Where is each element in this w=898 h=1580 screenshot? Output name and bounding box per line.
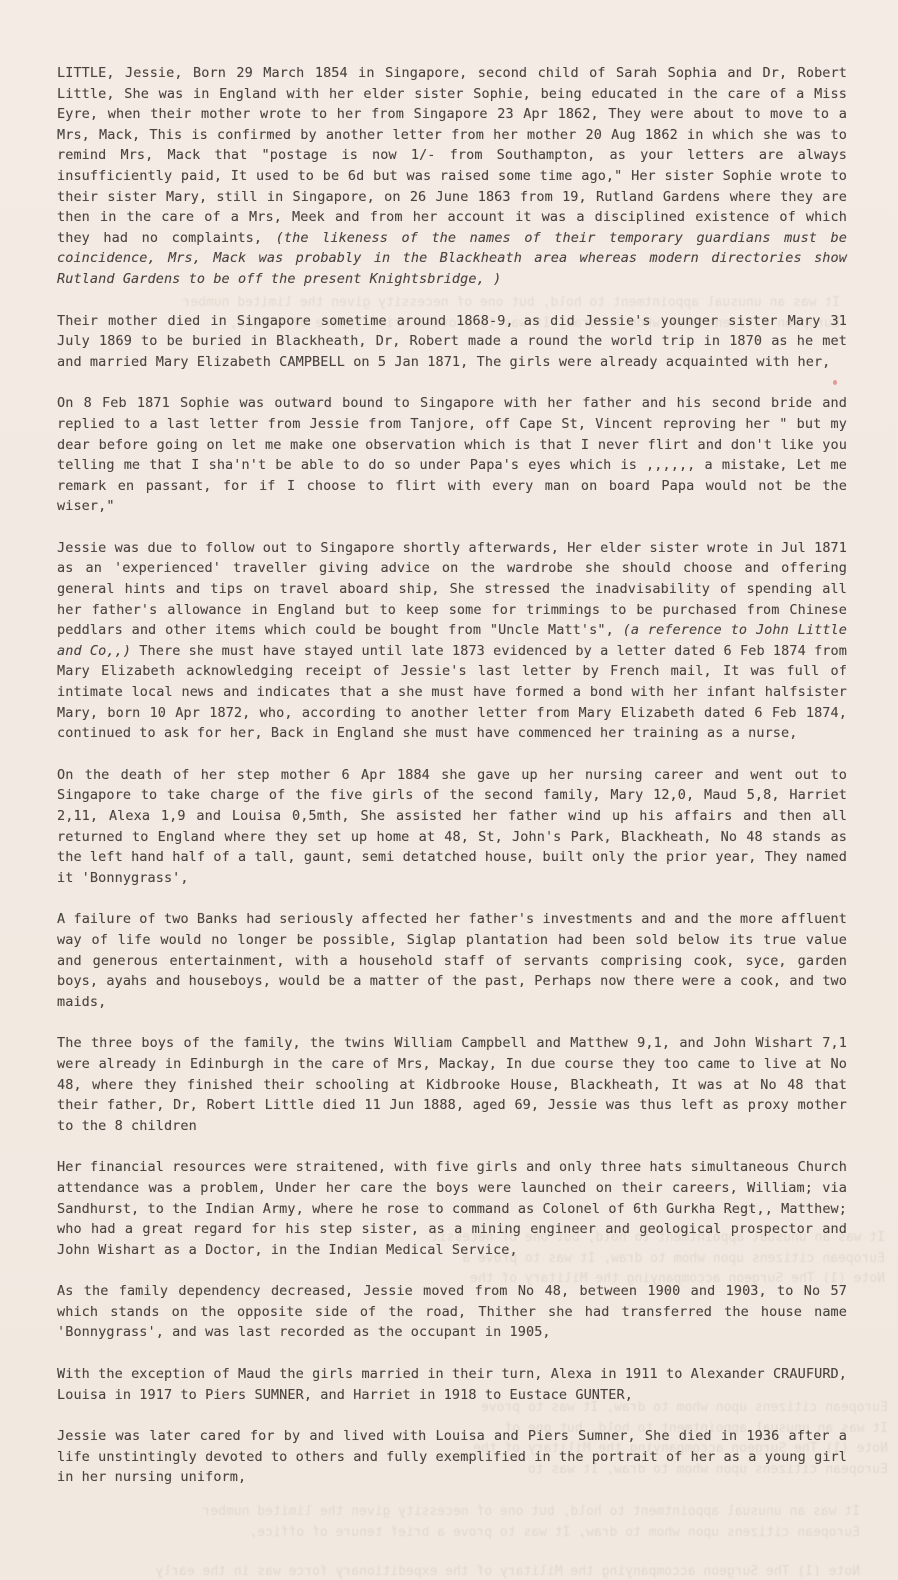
document-body: LITTLE, Jessie, Born 29 March 1854 in Si… (57, 63, 847, 1509)
paragraph: Jessie was due to follow out to Singapor… (57, 538, 847, 744)
paragraph-text: Her financial resources were straitened,… (57, 1159, 847, 1257)
paragraph-text: With the exception of Maud the girls mar… (57, 1366, 847, 1403)
paragraph: With the exception of Maud the girls mar… (57, 1364, 847, 1405)
paragraph: Their mother died in Singapore sometime … (57, 311, 847, 373)
paragraph: On the death of her step mother 6 Apr 18… (57, 765, 847, 889)
paragraph: As the family dependency decreased, Jess… (57, 1281, 847, 1343)
paragraph: LITTLE, Jessie, Born 29 March 1854 in Si… (57, 63, 847, 290)
paragraph-text: There she must have stayed until late 18… (57, 643, 847, 741)
paragraph-text: On the death of her step mother 6 Apr 18… (57, 767, 847, 886)
paragraph-text: Their mother died in Singapore sometime … (57, 313, 847, 370)
paper-speck (833, 380, 837, 385)
paragraph: A failure of two Banks had seriously aff… (57, 909, 847, 1012)
scanned-document-page: LITTLE, Jessie, Born 29 March 1854 in Si… (0, 0, 898, 1580)
paragraph-text: Jessie was later cared for by and lived … (57, 1428, 847, 1485)
paragraph: The three boys of the family, the twins … (57, 1033, 847, 1136)
paragraph-text: A failure of two Banks had seriously aff… (57, 911, 847, 1009)
paragraph-text: LITTLE, Jessie, Born 29 March 1854 in Si… (57, 65, 847, 246)
paragraph-text: As the family dependency decreased, Jess… (57, 1283, 847, 1340)
paragraph: Jessie was later cared for by and lived … (57, 1426, 847, 1488)
paragraph: Her financial resources were straitened,… (57, 1157, 847, 1260)
bleedthrough-text: Note (1) The Surgeon accompanying the Mi… (60, 1562, 860, 1580)
paragraph-text: The three boys of the family, the twins … (57, 1035, 847, 1133)
paragraph-text: On 8 Feb 1871 Sophie was outward bound t… (57, 395, 847, 514)
paragraph: On 8 Feb 1871 Sophie was outward bound t… (57, 393, 847, 517)
